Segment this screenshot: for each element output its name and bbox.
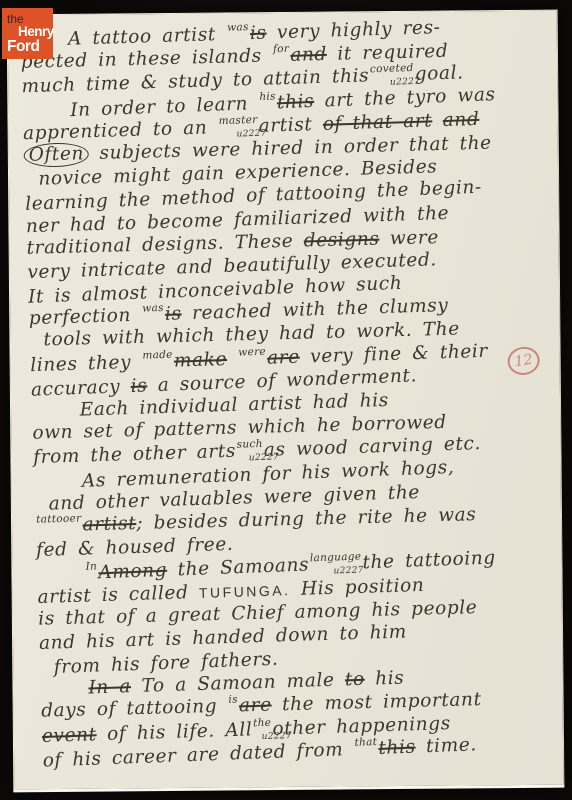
circled-word: Often bbox=[23, 142, 89, 168]
text-run: it required bbox=[327, 41, 449, 65]
struck-word: this bbox=[277, 90, 315, 112]
text-run: were bbox=[379, 227, 439, 250]
inserted-word: language bbox=[310, 552, 362, 564]
text-run bbox=[432, 110, 443, 131]
text-run: days of tattooing bbox=[41, 696, 228, 722]
struck-word: and bbox=[290, 44, 327, 66]
text-run: the Samoans bbox=[167, 555, 310, 581]
struck-word: this bbox=[378, 736, 416, 758]
struck-word: is bbox=[130, 375, 147, 397]
logo-text-ford: Ford bbox=[7, 39, 39, 55]
text-run: the most important bbox=[271, 689, 482, 715]
inserted-word: for bbox=[273, 44, 289, 54]
struck-word: In a bbox=[88, 676, 131, 698]
struck-word: to bbox=[345, 669, 365, 691]
struck-word: are bbox=[239, 695, 272, 717]
text-run: his bbox=[364, 668, 404, 690]
inserted-word: was bbox=[142, 303, 164, 314]
struck-word: make bbox=[174, 349, 228, 372]
text-run: accuracy bbox=[31, 376, 131, 401]
inserted-word: tattooer bbox=[36, 513, 81, 524]
page-number: 12 bbox=[514, 352, 534, 370]
logo-text-henry: Henry bbox=[18, 25, 54, 39]
inserted-word: that bbox=[354, 737, 377, 748]
struck-word: are bbox=[267, 346, 300, 368]
inserted-word: such bbox=[237, 439, 263, 450]
struck-word: event bbox=[42, 724, 97, 747]
inserted-word: was bbox=[227, 22, 249, 33]
text-run: time. bbox=[415, 734, 477, 757]
text-run: goal. bbox=[414, 63, 463, 86]
struck-word: artist bbox=[82, 513, 136, 535]
struck-word: designs bbox=[304, 228, 380, 251]
inserted-word: the bbox=[253, 717, 271, 728]
struck-word: of that art bbox=[323, 110, 433, 134]
archival-photo: { "logo": { "the": "the", "henry": "Henr… bbox=[0, 0, 572, 800]
inserted-word: made bbox=[142, 349, 173, 360]
text-run bbox=[227, 348, 238, 369]
printed-caps-word: TUFUNGA. bbox=[199, 582, 291, 601]
struck-word: Among bbox=[98, 560, 168, 584]
text-run: artist bbox=[258, 114, 323, 137]
struck-word: and bbox=[442, 109, 479, 131]
inserted-word: master bbox=[218, 115, 257, 126]
text-run: His position bbox=[290, 574, 424, 599]
struck-word: is bbox=[250, 23, 267, 45]
text-run: of his life. All bbox=[96, 719, 252, 745]
text-run: lines they bbox=[30, 351, 142, 375]
inserted-word: coveted bbox=[370, 63, 414, 74]
inserted-word: is bbox=[228, 695, 238, 705]
manuscript-page: A tattoo artist wasis very highly res-pe… bbox=[7, 10, 565, 793]
text-run: the tattooing bbox=[362, 548, 496, 574]
handwritten-text-block: A tattoo artist wasis very highly res-pe… bbox=[20, 13, 572, 771]
struck-word: is bbox=[165, 304, 182, 326]
henry-ford-logo: the Henry Ford bbox=[2, 8, 53, 59]
inserted-word: his bbox=[259, 91, 276, 102]
inserted-word: were bbox=[238, 346, 266, 357]
inserted-word: In bbox=[85, 562, 97, 572]
